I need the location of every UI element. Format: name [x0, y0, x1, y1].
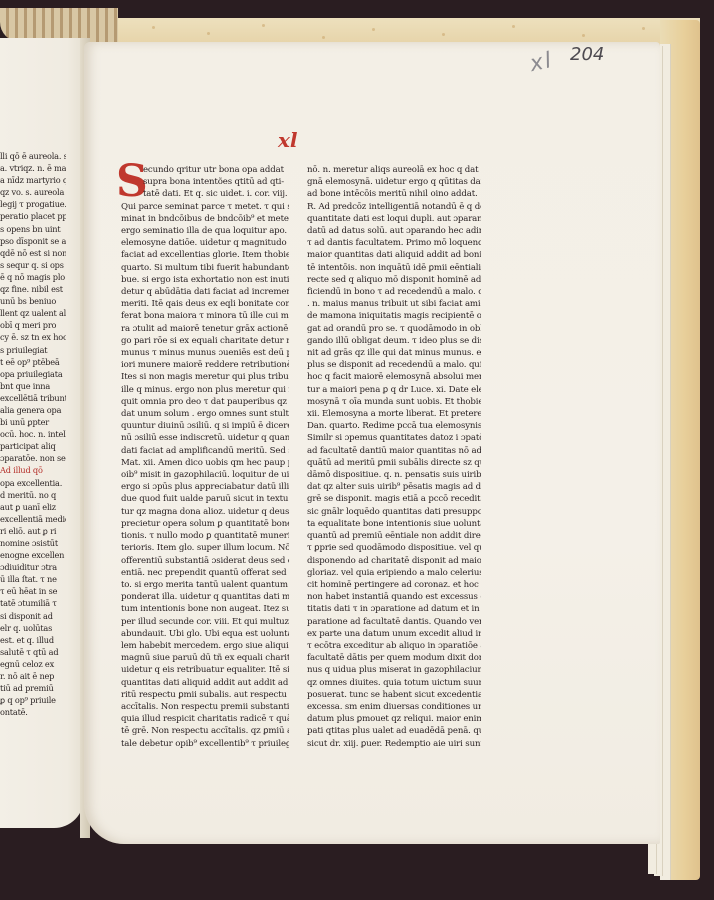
text-line: ad facultatē dantiū maior quantitas nō a… — [307, 445, 481, 457]
text-line: qz fine. nibil est — [0, 283, 66, 295]
text-line: qdē nō est si non — [0, 247, 66, 259]
text-line: elemosyne datiōe. uidetur q magnitudo da… — [121, 237, 289, 249]
text-line: meriti. Itē qais deus ex eqli bonitate c… — [121, 298, 289, 310]
text-line: cy ē. sz tn ex hoc — [0, 331, 66, 343]
text-line: tē grē. Non respectu accītalis. qz ꝑmiū … — [121, 725, 289, 737]
text-line: facultatē dātis per quem modum dixit dom… — [307, 652, 481, 664]
text-line: ad bone intēcōis meritū nihil oino addat… — [307, 188, 481, 200]
text-line: τ ad dantis facultatem. Primo mō loquend… — [307, 237, 481, 249]
text-line: ocū. hoc. n. intelli — [0, 428, 66, 440]
text-line: mosynā τ oīa munda sunt uobis. Et thobie — [307, 396, 481, 408]
text-line: ɔparatōe. non se — [0, 452, 66, 464]
text-line: datum plus ꝑmouet qz reliqui. maior enim — [307, 713, 481, 725]
text-line: ferat bona maiora τ minora tū ille cui m… — [121, 310, 289, 322]
pencil-folio-number: xl — [528, 48, 556, 77]
text-line: nō. n. meretur aliqs aureolā ex hoc q da… — [307, 164, 481, 176]
text-line: gnā elemosynā. uidetur ergo q qūtitas da… — [307, 176, 481, 188]
text-line: per illud secunde cor. viii. Et qui mult… — [121, 616, 289, 628]
text-line: quia illud respicit charitatis radicē τ … — [121, 713, 289, 725]
text-line: tē intentōis. non inquātū idē ꝑmii eēnti… — [307, 262, 481, 274]
text-line: peratio placet ppr — [0, 210, 66, 222]
text-line: qz vo. s. aureola re — [0, 186, 66, 198]
right-text-column: nō. n. meretur aliqs aureolā ex hoc q da… — [307, 164, 481, 750]
text-line: bnt que inna — [0, 380, 66, 392]
text-line: elr q. uolūtas — [0, 622, 66, 634]
text-line: tiū ad premiū — [0, 682, 66, 694]
text-line: s priuilegiat — [0, 344, 66, 356]
text-line: ē q nō magis plo — [0, 271, 66, 283]
text-line: excessa. sm enim diuersas conditiones un… — [307, 701, 481, 713]
text-line: excellentiā medica — [0, 513, 66, 525]
text-line: s opens bn uint — [0, 223, 66, 235]
text-line: quuntur diuinū ɔsiliū. q si impiū ē dice… — [121, 420, 289, 432]
text-line: de mamona iniquitatis magis recipientē o… — [307, 310, 481, 322]
text-line: ritū respectu ꝑmii subalis. aut respectu… — [121, 689, 289, 701]
text-line: ta equalitate bone intentionis siue uolu… — [307, 518, 481, 530]
text-line: Ad illud qō — [0, 464, 66, 476]
headband — [0, 8, 118, 42]
text-line: recte sed q aliquo mō disponit hominē ad… — [307, 274, 481, 286]
text-line: disponendo ad charitatē disponit ad maio… — [307, 555, 481, 567]
text-line: tatē ɔtumiliā τ — [0, 597, 66, 609]
text-line: Ites si non magis meretur qui plus tribu… — [121, 371, 289, 383]
text-line: pso dīsponit se ad — [0, 235, 66, 247]
text-line: dati faciat ad amplificandū meritū. Sed … — [121, 445, 289, 457]
text-line: entiā. nec prependit quantū offerat sed … — [121, 567, 289, 579]
text-line: maior quantitas dati aliquid addit ad bo… — [307, 249, 481, 261]
text-line: hoc q facit maiorē elemosynā absolui mer… — [307, 371, 481, 383]
text-line: ɔdiuiditur ɔtra — [0, 561, 66, 573]
text-line: quātū ad meritū ꝑmii subālis directe sz … — [307, 457, 481, 469]
text-line: excellētiā tribunt — [0, 392, 66, 404]
text-line: titatis dati τ in ɔparatione ad datum et… — [307, 603, 481, 615]
text-line: ontatē. — [0, 706, 66, 718]
text-line: Dan. quarto. Redime pccā tua elemosynis. — [307, 420, 481, 432]
text-line: minat in bndcōibus de bndcōib⁹ et metet.… — [121, 213, 289, 225]
text-line: τ eū hēat in se — [0, 585, 66, 597]
text-line: detur q abūdātia dati faciat ad incremen… — [121, 286, 289, 298]
text-line: pati qtitas plus ualet ad euadēdā penā. … — [307, 725, 481, 737]
text-line: supra bona intentões qtitū ad qti- — [121, 176, 289, 188]
verso-text-block: lli qō ē aureola. seda. vtriqz. n. ē mar… — [0, 150, 66, 718]
text-line: due quod fuit ualde paruū sicut in textu… — [121, 493, 289, 505]
text-line: ille q minus. ergo non plus meretur qui … — [121, 384, 289, 396]
text-line: participat aliq — [0, 440, 66, 452]
text-line: quantū ad premiū eēntiale non addit dire… — [307, 530, 481, 542]
text-line: offerentiū substantiā ɔsiderat deus sed … — [121, 555, 289, 567]
text-line: alia genera opa — [0, 404, 66, 416]
text-line: dāmō dispositiue. q. n. pensatis suis ui… — [307, 469, 481, 481]
text-line: R. Ad predcōz intelligentiā notandū ē q … — [307, 201, 481, 213]
text-line: est. et q. illud — [0, 634, 66, 646]
text-line: salutē τ qtū ad — [0, 646, 66, 658]
text-line: grē se disponit. magis etiā a pccō reced… — [307, 493, 481, 505]
text-line: ecundo qritur utr bona opa addat — [121, 164, 289, 176]
text-line: accītalis. Non respectu premii substanti… — [121, 701, 289, 713]
text-line: quarto. Si multum tibi fuerit habundante… — [121, 262, 289, 274]
text-line: uidetur q eis retribuatur equaliter. Itē… — [121, 664, 289, 676]
text-line: tur a maiori pena ꝑ q dr Luce. xi. Date … — [307, 384, 481, 396]
text-line: nus q uidua plus miserat in gazophilaciu… — [307, 664, 481, 676]
text-line: Qui parce seminat parce τ metet. τ qui s… — [121, 201, 289, 213]
text-line: munus τ minus munus ɔueniēs est deū p ma — [121, 347, 289, 359]
text-line: precietur opera solum ꝑ quantitatē bone … — [121, 518, 289, 530]
text-line: opa excellentia. — [0, 477, 66, 489]
text-line: dat qz alter suis uirib⁹ pēsatis magis a… — [307, 481, 481, 493]
ink-folio-number: 204 — [570, 44, 604, 65]
text-line: Mat. xii. Amen dico uobis qm hec paup pl… — [121, 457, 289, 469]
text-line: sic gnālr loquēdo quantitas dati presupp… — [307, 506, 481, 518]
text-line: sicut dr. xiij. ꝑuer. Redemptio aie uiri… — [307, 738, 481, 750]
text-line: gando illū obligat deum. τ ideo plus se … — [307, 335, 481, 347]
text-line: si disponit ad — [0, 610, 66, 622]
text-line: quantitas dati aliquid addit aut addit a… — [121, 677, 289, 689]
text-line: a. vtriqz. n. ē mar — [0, 162, 66, 174]
text-line: ū illa ſtat. τ ne — [0, 573, 66, 585]
text-line: ri eliō. aut ꝑ ri — [0, 525, 66, 537]
text-line: obī q meri pro — [0, 319, 66, 331]
text-line: qz omnes diuites. quia totum uictum suum — [307, 677, 481, 689]
text-line: ergo si ɔpūs plus appreciabatur datū ill… — [121, 481, 289, 493]
text-line: ra ɔtulit ad maiorē tenetur grāx actionē… — [121, 323, 289, 335]
text-line: d meritū. no q — [0, 489, 66, 501]
text-line: bi unū ꝑpter — [0, 416, 66, 428]
text-line: ficiendū in bono τ ad recedendū a malo. … — [307, 286, 481, 298]
text-line: magnū siue paruū dū tñ ex equali charita… — [121, 652, 289, 664]
text-line: tale debetur opib⁹ excellentib⁹ τ priuil… — [121, 738, 289, 750]
text-line: iori munere maiorē reddere retributionē. — [121, 359, 289, 371]
text-line: τ ecōtra exceditur ab aliquo in ɔparatiō… — [307, 640, 481, 652]
text-line: tur qz magna dona alioz. uidetur q deus … — [121, 506, 289, 518]
text-line: faciat ad excellentias glorie. Item thob… — [121, 249, 289, 261]
text-line: cit hominē pertingere ad coronaz. et hoc… — [307, 579, 481, 591]
left-text-column: ecundo qritur utr bona opa addatsupra bo… — [121, 164, 289, 750]
text-line: datū ad datus solū. aut ɔparando hec adi… — [307, 225, 481, 237]
text-line: gat ad orandū pro se. τ quodāmodo in obl… — [307, 323, 481, 335]
text-line: Similr si ɔpemus quantitates datoz i ɔpa… — [307, 432, 481, 444]
text-line: non habet instantiā quando est excessus … — [307, 591, 481, 603]
text-line: unū bs beniuo — [0, 295, 66, 307]
text-line: nomine ɔsistūt — [0, 537, 66, 549]
text-line: nū ɔsiliū esse indiscretū. uidetur q qua… — [121, 432, 289, 444]
text-line: abundauit. Ubi glo. Ubi equa est uolunta… — [121, 628, 289, 640]
text-line: go pari rōe si ex equali charitate detur… — [121, 335, 289, 347]
text-line: quit omnia pro deo τ dat pauperibus qz i… — [121, 396, 289, 408]
text-line: xii. Elemosyna a morte liberat. Et prete… — [307, 408, 481, 420]
text-line: terioris. Item glo. super illum locum. N… — [121, 542, 289, 554]
text-line: τ ꝑprie sed quodāmodo dispositiue. vel q… — [307, 542, 481, 554]
text-line: paratione ad facultatē dantis. Quando ve… — [307, 616, 481, 628]
running-head: xl — [278, 128, 298, 152]
text-line: tionis. τ nullo modo ꝑ quantitatē muneri… — [121, 530, 289, 542]
text-line: egnū celoz ex — [0, 658, 66, 670]
text-line: posuerat. tunc se habent sicut excedenti… — [307, 689, 481, 701]
text-line: lem habebit mercedem. ergo siue aliquis … — [121, 640, 289, 652]
text-line: opa priuilegiata — [0, 368, 66, 380]
text-line: tatē dati. Et q. sic uidet. i. cor. viij… — [121, 188, 289, 200]
text-line: quantitate dati est loqui dupli. aut ɔpa… — [307, 213, 481, 225]
text-line: legij τ progatiue. — [0, 198, 66, 210]
text-line: a nīdz martyrio q — [0, 174, 66, 186]
text-line: plus se disponit ad recedendū a malo. qu… — [307, 359, 481, 371]
text-line: enogne excellen — [0, 549, 66, 561]
text-line: nit ad grās qz ille qui dat minus munus.… — [307, 347, 481, 359]
text-line: aut ꝑ uanī eliz — [0, 501, 66, 513]
text-line: ponderat illa. uidetur q quantitas dati … — [121, 591, 289, 603]
text-line: to. si ergo merita tantū ualent quantum … — [121, 579, 289, 591]
text-line: t eē op⁹ ptēbeā — [0, 356, 66, 368]
text-line: r. nō ait ē nep — [0, 670, 66, 682]
text-line: oib⁹ misit in gazophilaciū. loquitur de … — [121, 469, 289, 481]
text-line: llent qz ualent al — [0, 307, 66, 319]
text-line: s sequr q. si ops — [0, 259, 66, 271]
text-line: ergo seminatio illa de qua loquitur apo.… — [121, 225, 289, 237]
text-line: lli qō ē aureola. sed — [0, 150, 66, 162]
text-line: bue. si ergo ista exhortatio non est inu… — [121, 274, 289, 286]
text-line: . n. maius manus tribuit ut sibi faciat … — [307, 298, 481, 310]
text-line: gloriaz. vel quia eripiendo a malo celer… — [307, 567, 481, 579]
text-line: ex parte una datum unum excedit aliud in… — [307, 628, 481, 640]
text-line: ꝑ q op⁹ priuile — [0, 694, 66, 706]
text-line: tum intentionis bone non augeat. Itez su… — [121, 603, 289, 615]
text-line: dat unum solum . ergo omnes sunt stulti … — [121, 408, 289, 420]
